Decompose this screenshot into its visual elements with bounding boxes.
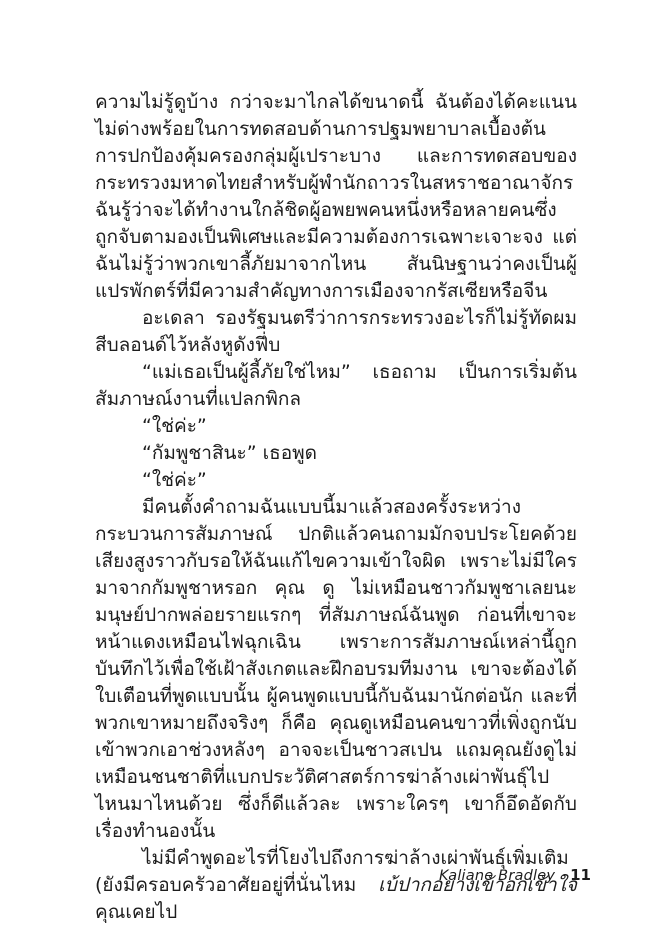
paragraph: “กัมพูชาสินะ” เธอพูด [95,440,577,467]
page-footer: Kaliane Bradley 11 [439,866,591,884]
book-page: ความไม่รู้ดูบ้าง กว่าจะมาไกลได้ขนาดนี้ ฉ… [0,0,665,951]
text-run: “ใช่ค่ะ” [142,415,207,437]
page-number: 11 [570,866,591,884]
running-footer-author: Kaliane Bradley [439,868,555,884]
text-run: อะเดลา รองรัฐมนตรีว่าการกระทรวงอะไรก็ไม่… [95,307,577,356]
paragraph: ไม่มีคำพูดอะไรที่โยงไปถึงการฆ่าล้างเผ่าพ… [95,845,577,926]
page-text-block: ความไม่รู้ดูบ้าง กว่าจะมาไกลได้ขนาดนี้ ฉ… [95,89,577,926]
paragraph: มีคนตั้งคำถามฉันแบบนี้มาแล้วสองครั้งระหว… [95,494,577,845]
paragraph: “ใช่ค่ะ” [95,467,577,494]
text-run: “แม่เธอเป็นผู้ลี้ภัยใช่ไหม” เธอถาม เป็นก… [95,361,577,410]
text-run: “กัมพูชาสินะ” เธอพูด [142,442,317,464]
text-run: มีคนตั้งคำถามฉันแบบนี้มาแล้วสองครั้งระหว… [95,496,577,842]
paragraph: อะเดลา รองรัฐมนตรีว่าการกระทรวงอะไรก็ไม่… [95,305,577,359]
paragraph: ความไม่รู้ดูบ้าง กว่าจะมาไกลได้ขนาดนี้ ฉ… [95,89,577,305]
text-run: ความไม่รู้ดูบ้าง กว่าจะมาไกลได้ขนาดนี้ ฉ… [95,91,577,302]
paragraph: “ใช่ค่ะ” [95,413,577,440]
text-run: คุณเคยไป [95,901,177,923]
text-run: “ใช่ค่ะ” [142,469,207,491]
paragraph: “แม่เธอเป็นผู้ลี้ภัยใช่ไหม” เธอถาม เป็นก… [95,359,577,413]
